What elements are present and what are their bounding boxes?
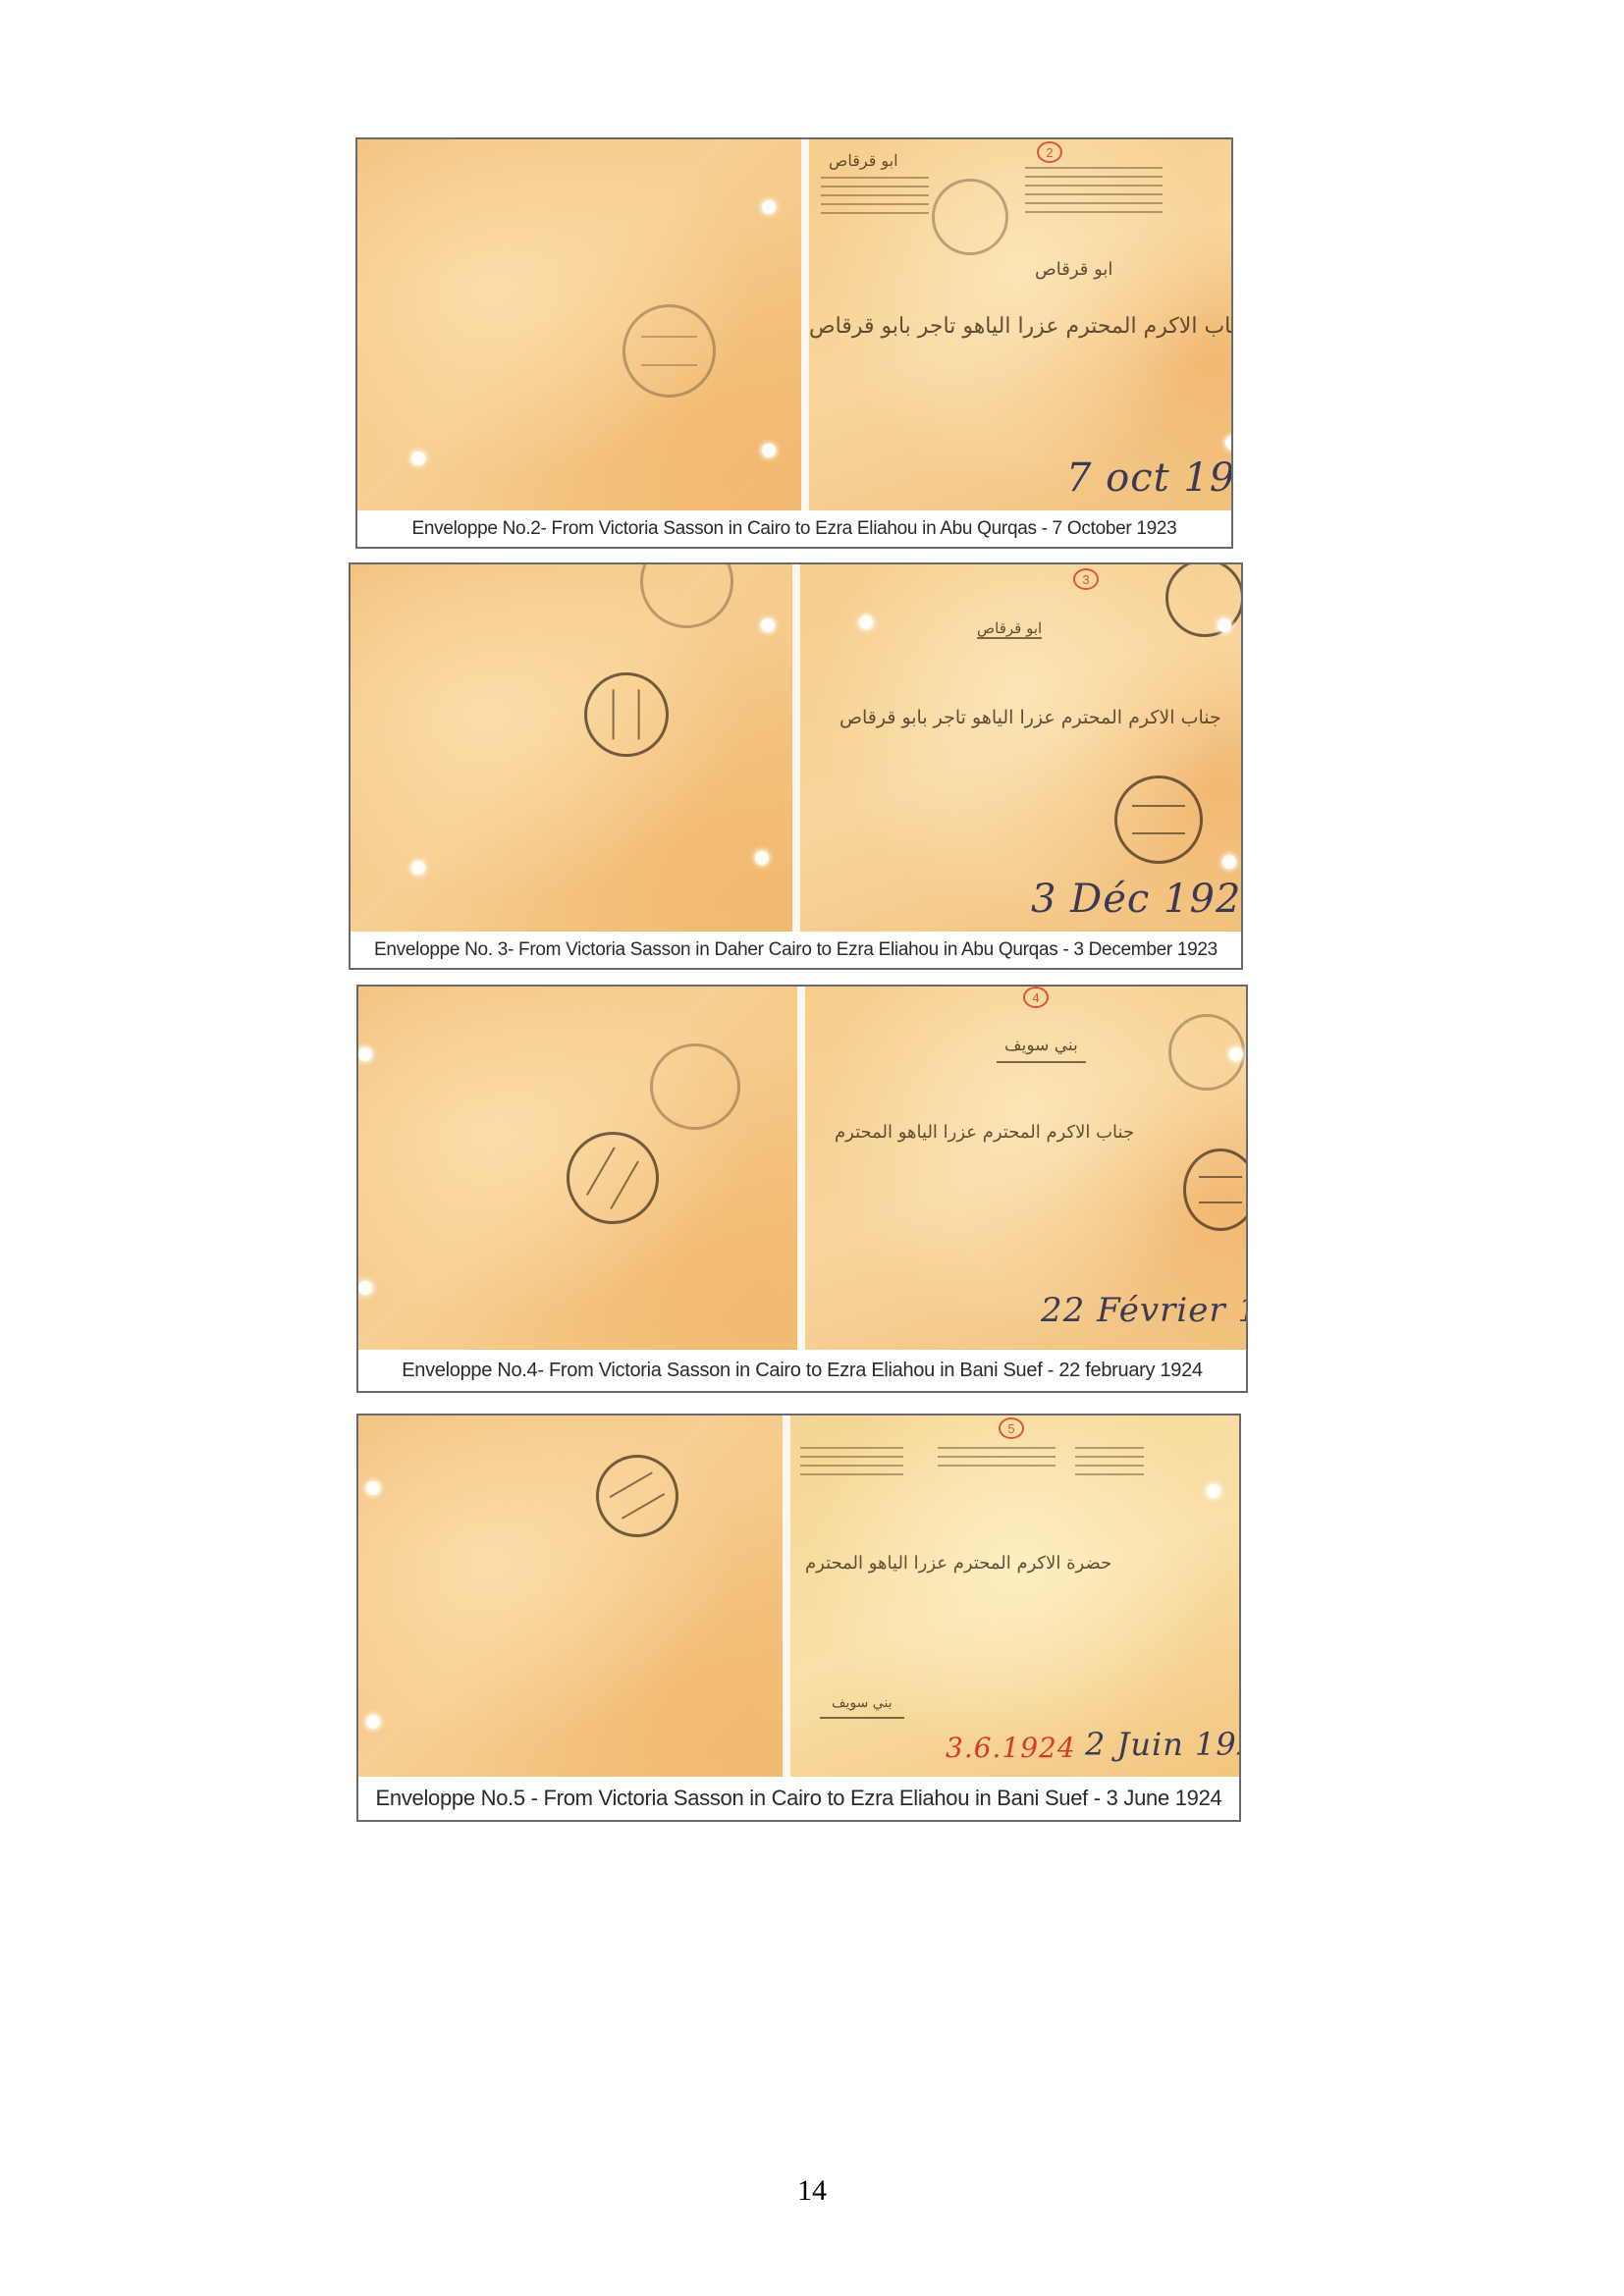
figure-caption: Enveloppe No.4- From Victoria Sasson in …: [358, 1350, 1246, 1391]
handwritten-date: 2 Juin 1924: [1085, 1726, 1239, 1763]
punch-hole: [366, 1481, 380, 1495]
printed-lines: [1075, 1447, 1144, 1482]
postmark-stamp: [567, 1132, 659, 1224]
address-arabic: حضرة الاكرم المحترم عزرا الياهو المحترم: [805, 1553, 1111, 1574]
envelope-figure-5: 5 حضرة الاكرم المحترم عزرا الياهو المحتر…: [356, 1414, 1241, 1822]
destination-arabic: ابو قرقاص: [1035, 259, 1112, 280]
printed-lines: [821, 177, 929, 221]
punch-hole: [762, 444, 776, 457]
destination-arabic: ابو قرقاص: [977, 619, 1042, 639]
printed-lines: [800, 1447, 903, 1482]
envelope-figure-3: 3 ابو قرقاص جناب الاكرم المحترم عزرا الي…: [349, 562, 1243, 970]
postmark-stamp: [932, 179, 1008, 255]
punch-hole: [1207, 1484, 1220, 1498]
postmark-stamp: [650, 1043, 740, 1130]
envelope-back-photo: [351, 564, 792, 934]
punch-hole: [1218, 618, 1231, 632]
address-arabic: جناب الاكرم المحترم عزرا الياهو تاجر باب…: [839, 707, 1221, 728]
printed-lines: [1025, 167, 1163, 220]
punch-hole: [1225, 436, 1231, 450]
envelope-figure-4: 4 بني سويف جناب الاكرم المحترم عزرا اليا…: [356, 985, 1248, 1393]
punch-hole: [761, 618, 775, 632]
punch-hole: [358, 1281, 372, 1295]
envelope-front-photo: 3 ابو قرقاص جناب الاكرم المحترم عزرا الي…: [800, 564, 1241, 934]
punch-hole: [411, 861, 425, 875]
address-arabic: جناب الاكرم المحترم عزرا الياهو المحترم: [835, 1122, 1134, 1143]
postmark-stamp: [1114, 775, 1203, 864]
postmark-stamp: [1183, 1148, 1246, 1231]
handwritten-date: 7 oct 1923: [1066, 455, 1231, 501]
envelope-front-photo: 5 حضرة الاكرم المحترم عزرا الياهو المحتر…: [790, 1415, 1239, 1779]
punch-hole: [755, 851, 769, 865]
archive-number-mark: 4: [1023, 987, 1049, 1008]
punch-hole: [366, 1715, 380, 1729]
punch-hole: [859, 615, 873, 629]
destination-arabic: بني سويف: [997, 1036, 1086, 1063]
punch-hole: [1222, 855, 1236, 869]
archive-number-mark: 5: [999, 1417, 1024, 1439]
envelope-figure-2: 2 ابو قرقاص ابو قرقاص جناب الاكرم المحتر…: [355, 137, 1233, 549]
figure-caption: Enveloppe No.2- From Victoria Sasson in …: [357, 510, 1231, 547]
punch-hole: [358, 1047, 372, 1061]
photo-divider: [792, 564, 800, 934]
postmark-stamp: [640, 564, 733, 628]
address-arabic: جناب الاكرم المحترم عزرا الياهو تاجر باب…: [809, 314, 1231, 339]
punch-hole: [411, 452, 425, 465]
handwritten-date: 3 Déc 1923: [1031, 877, 1241, 922]
envelope-front-photo: 2 ابو قرقاص ابو قرقاص جناب الاكرم المحتر…: [809, 139, 1231, 510]
archive-number-mark: 3: [1073, 568, 1099, 590]
destination-arabic: بني سويف: [820, 1695, 904, 1719]
photo-divider: [797, 987, 805, 1352]
postmark-stamp: [623, 304, 716, 398]
envelope-back-photo: [357, 139, 801, 510]
punch-hole: [762, 200, 776, 214]
punch-hole: [1229, 1047, 1243, 1061]
sender-place-arabic: ابو قرقاص: [829, 151, 898, 170]
envelope-back-photo: [358, 1415, 783, 1779]
envelope-front-photo: 4 بني سويف جناب الاكرم المحترم عزرا اليا…: [805, 987, 1246, 1352]
page-number: 14: [0, 2174, 1624, 2208]
postmark-stamp: [584, 672, 669, 757]
archive-number-mark: 2: [1037, 141, 1062, 163]
figure-caption: Enveloppe No. 3- From Victoria Sasson in…: [351, 932, 1241, 968]
handwritten-date-red: 3.6.1924: [946, 1732, 1076, 1764]
figure-caption: Enveloppe No.5 - From Victoria Sasson in…: [358, 1777, 1239, 1820]
handwritten-date: 22 Février 1924: [1041, 1291, 1246, 1330]
photo-divider: [801, 139, 809, 510]
envelope-back-photo: [358, 987, 797, 1352]
photo-divider: [783, 1415, 790, 1779]
printed-lines: [938, 1447, 1056, 1473]
postmark-stamp: [596, 1455, 678, 1537]
